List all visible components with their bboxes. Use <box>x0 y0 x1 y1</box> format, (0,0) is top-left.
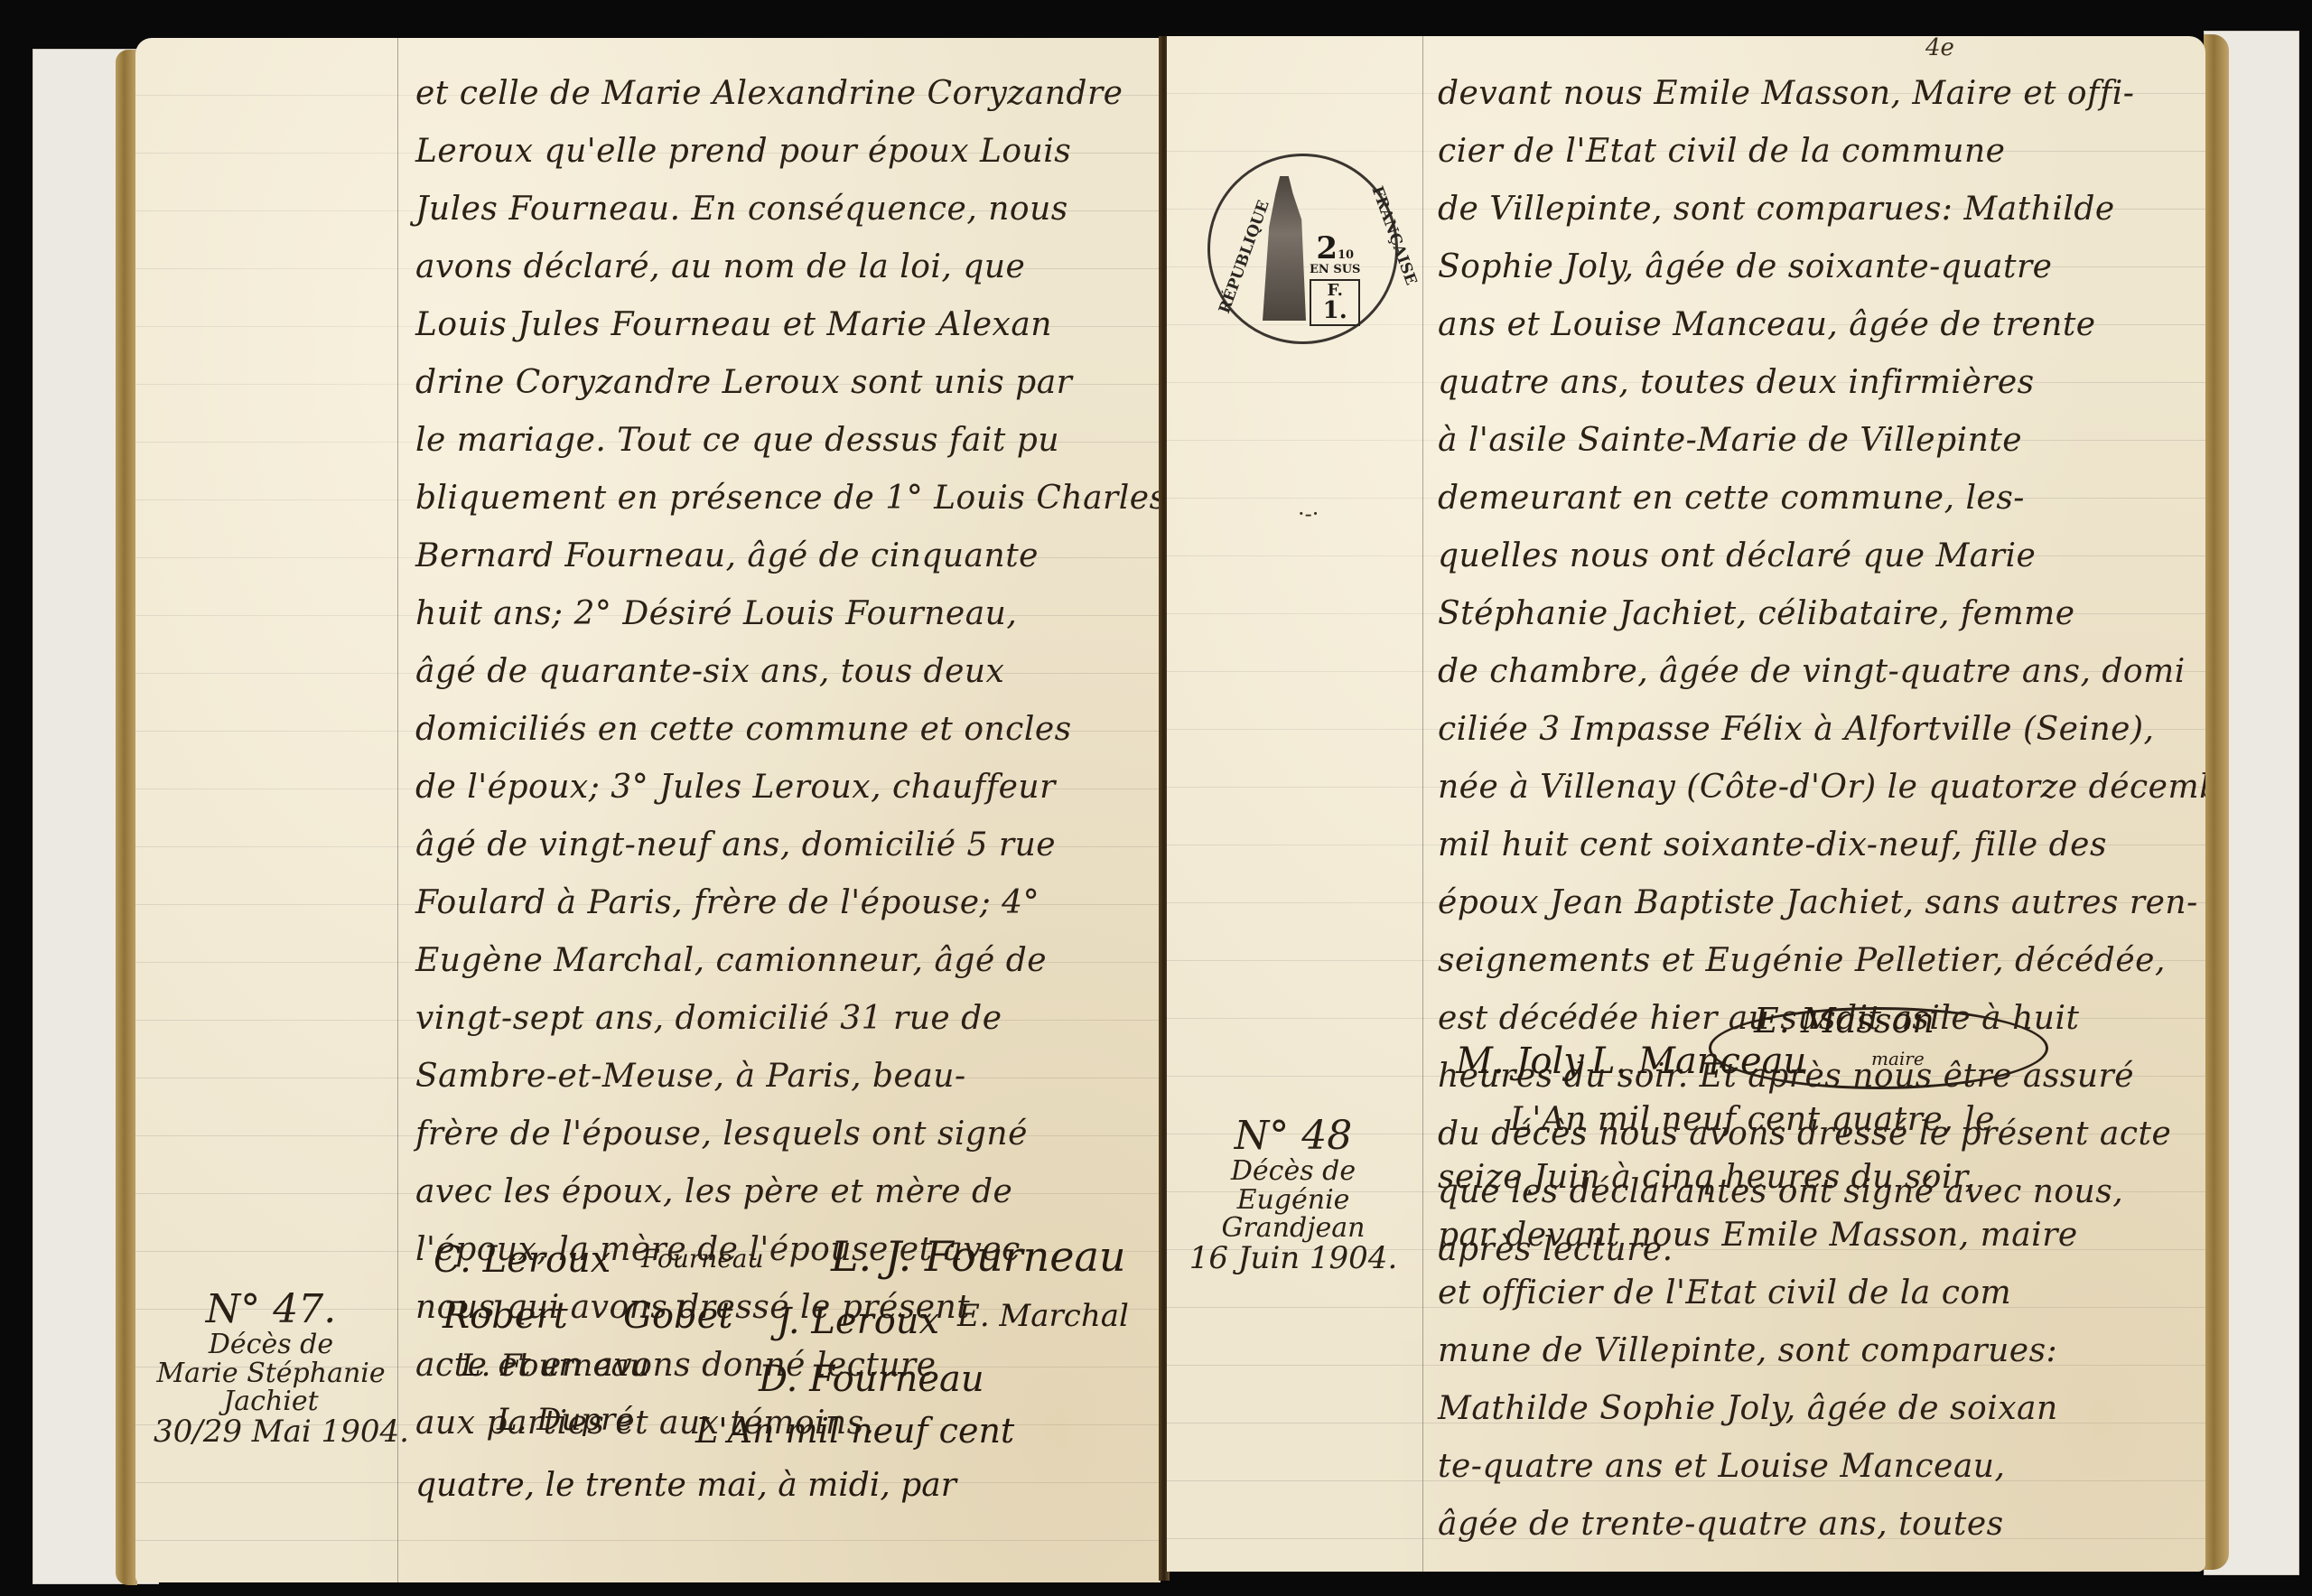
text-line: Foulard à Paris, frère de l'épouse; 4° <box>415 874 1147 932</box>
dot-mark: ·-· <box>1298 501 1319 527</box>
text-line: huit ans; 2° Désiré Louis Fourneau, <box>415 585 1147 643</box>
text-line: Sambre-et-Meuse, à Paris, beau- <box>415 1048 1147 1106</box>
entry-number: N° 48 <box>1167 1115 1420 1157</box>
annotation-date: 30/29 Mai 1904. <box>154 1416 388 1449</box>
text-line: de chambre, âgée de vingt-quatre ans, do… <box>1438 643 2196 701</box>
text-line: Mathilde Sophie Joly, âgée de soixan <box>1438 1380 2196 1438</box>
text-line: Stéphanie Jachiet, célibataire, femme <box>1438 585 2196 643</box>
stamp-arc-right: FRANÇAISE <box>1368 184 1421 288</box>
signature: L. Fourneau <box>461 1348 649 1384</box>
book-edge-left <box>116 50 137 1585</box>
annotation-line: Décès de <box>154 1330 388 1359</box>
text-line: L'An mil neuf cent quatre, le <box>1438 1091 2196 1149</box>
margin-rule <box>397 38 398 1582</box>
text-line: bliquement en présence de 1° Louis Charl… <box>415 470 1147 527</box>
text-line: âgée de trente-quatre ans, toutes <box>1438 1496 2196 1554</box>
text-line: par devant nous Emile Masson, maire <box>1438 1207 2196 1265</box>
page-number: 4e <box>1925 36 1954 61</box>
text-line: âgé de quarante-six ans, tous deux <box>415 643 1147 701</box>
text-line: le mariage. Tout ce que dessus fait pu <box>415 412 1147 470</box>
text-line: demeurant en cette commune, les- <box>1438 470 2196 527</box>
text-line: mune de Villepinte, sont comparues: <box>1438 1322 2196 1380</box>
stamp-value: 210 EN SUS F. 1. <box>1310 233 1360 326</box>
margin-rule <box>1422 36 1423 1572</box>
text-line: quatre, le trente mai, à midi, par <box>415 1467 956 1504</box>
text-line: Eugène Marchal, camionneur, âgé de <box>415 932 1147 990</box>
signature: Gobet <box>623 1295 732 1337</box>
text-line: quelles nous ont déclaré que Marie <box>1438 527 2196 585</box>
text-line: Jules Fourneau. En conséquence, nous <box>415 181 1147 238</box>
text-line: époux Jean Baptiste Jachiet, sans autres… <box>1438 874 2196 932</box>
text-line: seignements et Eugénie Pelletier, décédé… <box>1438 932 2196 990</box>
stamp-denomination-value: 1. <box>1317 299 1353 322</box>
text-line: vingt-sept ans, domicilié 31 rue de <box>415 990 1147 1048</box>
annotation-line: Eugénie <box>1167 1186 1420 1215</box>
annotation-line: Jachiet <box>154 1387 388 1416</box>
signature-mayor: E. Masson <box>1754 1001 1934 1041</box>
margin-annotation-48: N° 48 Décès de Eugénie Grandjean 16 Juin… <box>1167 1115 1420 1274</box>
text-line: née à Villenay (Côte-d'Or) le quatorze d… <box>1438 759 2196 817</box>
text-line: L'An mil neuf cent <box>695 1411 1014 1451</box>
left-page: et celle de Marie Alexandrine Coryzandre… <box>135 38 1161 1582</box>
entry-number: N° 47. <box>154 1289 388 1330</box>
text-line: cier de l'Etat civil de la commune <box>1438 123 2196 181</box>
text-line: avec les époux, les père et mère de <box>415 1163 1147 1221</box>
annotation-line: Grandjean <box>1167 1214 1420 1243</box>
text-line: Sophie Joly, âgée de soixante-quatre <box>1438 238 2196 296</box>
text-line: Louis Jules Fourneau et Marie Alexan <box>415 296 1147 354</box>
text-line: et celle de Marie Alexandrine Coryzandre <box>415 65 1147 123</box>
margin-annotation-47: N° 47. Décès de Marie Stéphanie Jachiet … <box>154 1289 388 1448</box>
annotation-line: Marie Stéphanie <box>154 1359 388 1388</box>
stamp-value-main: 2 <box>1316 230 1338 266</box>
text-line: de Villepinte, sont comparues: Mathilde <box>1438 181 2196 238</box>
signature-title: maire <box>1871 1048 1925 1069</box>
second-entry-text: L'An mil neuf cent quatre, le seize Juin… <box>1438 1091 2196 1554</box>
book-edge-right <box>2204 34 2229 1570</box>
stamp-value-note: EN SUS <box>1310 264 1360 275</box>
signature: C. Leroux <box>433 1239 611 1281</box>
text-line: à l'asile Sainte-Marie de Villepinte <box>1438 412 2196 470</box>
text-line: de l'époux; 3° Jules Leroux, chauffeur <box>415 759 1147 817</box>
text-line: et officier de l'Etat civil de la com <box>1438 1265 2196 1322</box>
text-line: drine Coryzandre Leroux sont unis par <box>415 354 1147 412</box>
text-line: quatre ans, toutes deux infirmières <box>1438 354 2196 412</box>
stamp-value-sub: 10 <box>1338 248 1354 262</box>
text-line: domiciliés en cette commune et oncles <box>415 701 1147 759</box>
right-page: 4e RÉPUBLIQUE FRANÇAISE 210 EN SUS F. 1.… <box>1167 36 2205 1572</box>
text-line: ciliée 3 Impasse Félix à Alfortville (Se… <box>1438 701 2196 759</box>
stamp-denomination: F. 1. <box>1310 279 1360 326</box>
fiscal-stamp: RÉPUBLIQUE FRANÇAISE 210 EN SUS F. 1. <box>1207 154 1398 344</box>
text-line: Leroux qu'elle prend pour époux Louis <box>415 123 1147 181</box>
signature: E. Marchal <box>957 1298 1129 1334</box>
annotation-line: Décès de <box>1167 1157 1420 1186</box>
text-line: mil huit cent soixante-dix-neuf, fille d… <box>1438 817 2196 874</box>
text-line: frère de l'épouse, lesquels ont signé <box>415 1106 1147 1163</box>
annotation-date: 16 Juin 1904. <box>1167 1243 1420 1275</box>
signature: D. Fourneau <box>759 1358 984 1400</box>
text-line: ans et Louise Manceau, âgée de trente <box>1438 296 2196 354</box>
text-line: âgé de vingt-neuf ans, domicilié 5 rue <box>415 817 1147 874</box>
signature: L. Dupré <box>497 1402 634 1438</box>
text-line: devant nous Emile Masson, Maire et offi- <box>1438 65 2196 123</box>
signature: Fourneau <box>641 1244 764 1274</box>
justice-figure-icon <box>1263 176 1306 321</box>
signature: J. Leroux <box>777 1301 939 1342</box>
text-line: Bernard Fourneau, âgé de cinquante <box>415 527 1147 585</box>
text-line: seize Juin à cinq heures du soir, <box>1438 1149 2196 1207</box>
signature: M. Joly <box>1456 1041 1584 1082</box>
text-line: te-quatre ans et Louise Manceau, <box>1438 1438 2196 1496</box>
signature: Robert <box>443 1295 568 1337</box>
signature: L. J. Fourneau <box>831 1232 1126 1281</box>
text-line: avons déclaré, au nom de la loi, que <box>415 238 1147 296</box>
